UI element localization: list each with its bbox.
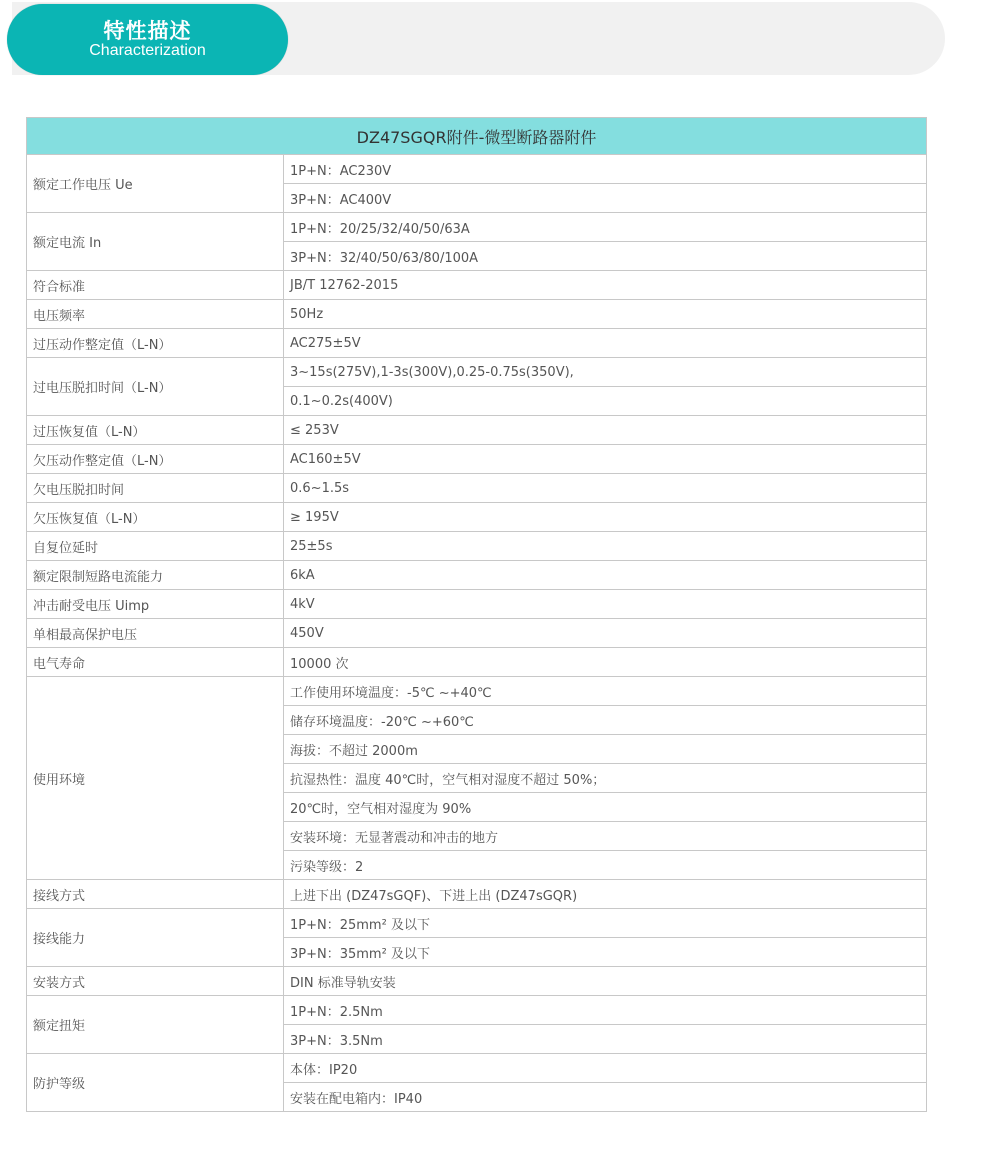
table-row: 欠电压脱扣时间0.6~1.5s [27, 474, 927, 503]
row-label: 接线能力 [27, 909, 284, 967]
table-row: 单相最高保护电压450V [27, 619, 927, 648]
row-value: 污染等级：2 [284, 851, 927, 880]
row-value: 上进下出 (DZ47sGQF)、下进上出 (DZ47sGQR) [284, 880, 927, 909]
row-label: 符合标准 [27, 271, 284, 300]
table-row: 接线能力1P+N：25mm² 及以下 [27, 909, 927, 938]
row-value: 6kA [284, 561, 927, 590]
table-row: 电气寿命10000 次 [27, 648, 927, 677]
row-value: 50Hz [284, 300, 927, 329]
row-value: 10000 次 [284, 648, 927, 677]
table-row: 符合标准JB/T 12762-2015 [27, 271, 927, 300]
row-value: 4kV [284, 590, 927, 619]
row-label: 电气寿命 [27, 648, 284, 677]
row-label: 接线方式 [27, 880, 284, 909]
table-row: 额定工作电压 Ue1P+N：AC230V [27, 155, 927, 184]
row-label: 自复位延时 [27, 532, 284, 561]
row-value: 0.6~1.5s [284, 474, 927, 503]
row-label: 安装方式 [27, 967, 284, 996]
row-value: AC275±5V [284, 329, 927, 358]
table-row: 额定扭矩1P+N：2.5Nm [27, 996, 927, 1025]
row-value: 1P+N：20/25/32/40/50/63A [284, 213, 927, 242]
row-value: 3P+N：35mm² 及以下 [284, 938, 927, 967]
row-value: 安装环境：无显著震动和冲击的地方 [284, 822, 927, 851]
table-row: 电压频率50Hz [27, 300, 927, 329]
row-label: 额定电流 In [27, 213, 284, 271]
row-value: 抗湿热性：温度 40℃时，空气相对湿度不超过 50%； [284, 764, 927, 793]
row-label: 过压恢复值（L-N） [27, 416, 284, 445]
row-label: 防护等级 [27, 1054, 284, 1112]
row-value: 25±5s [284, 532, 927, 561]
section-title-en: Characterization [89, 42, 206, 60]
row-value: DIN 标准导轨安装 [284, 967, 927, 996]
row-label: 欠电压脱扣时间 [27, 474, 284, 503]
table-row: 接线方式上进下出 (DZ47sGQF)、下进上出 (DZ47sGQR) [27, 880, 927, 909]
row-label: 使用环境 [27, 677, 284, 880]
row-label: 冲击耐受电压 Uimp [27, 590, 284, 619]
row-value: 0.1~0.2s(400V) [284, 387, 927, 416]
spec-table-body: 额定工作电压 Ue1P+N：AC230V3P+N：AC400V额定电流 In1P… [27, 155, 927, 1112]
row-value: 3P+N：3.5Nm [284, 1025, 927, 1054]
row-value: 安装在配电箱内：IP40 [284, 1083, 927, 1112]
row-value: 3P+N：32/40/50/63/80/100A [284, 242, 927, 271]
table-row: 过电压脱扣时间（L-N）3~15s(275V),1-3s(300V),0.25-… [27, 358, 927, 387]
row-label: 额定工作电压 Ue [27, 155, 284, 213]
row-value: 1P+N：25mm² 及以下 [284, 909, 927, 938]
row-label: 单相最高保护电压 [27, 619, 284, 648]
spec-table: DZ47SGQR附件-微型断路器附件 额定工作电压 Ue1P+N：AC230V3… [26, 117, 927, 1112]
row-label: 额定限制短路电流能力 [27, 561, 284, 590]
table-row: 额定电流 In1P+N：20/25/32/40/50/63A [27, 213, 927, 242]
table-title-row: DZ47SGQR附件-微型断路器附件 [27, 118, 927, 155]
row-label: 欠压恢复值（L-N） [27, 503, 284, 532]
row-label: 电压频率 [27, 300, 284, 329]
table-row: 安装方式DIN 标准导轨安装 [27, 967, 927, 996]
row-value: 储存环境温度：-20℃ ~+60℃ [284, 706, 927, 735]
row-label: 过电压脱扣时间（L-N） [27, 358, 284, 416]
row-label: 过压动作整定值（L-N） [27, 329, 284, 358]
table-title: DZ47SGQR附件-微型断路器附件 [27, 118, 927, 155]
row-value: JB/T 12762-2015 [284, 271, 927, 300]
row-value: 1P+N：2.5Nm [284, 996, 927, 1025]
table-row: 冲击耐受电压 Uimp4kV [27, 590, 927, 619]
table-row: 欠压恢复值（L-N）≥ 195V [27, 503, 927, 532]
row-value: 450V [284, 619, 927, 648]
table-row: 使用环境工作使用环境温度：-5℃ ~+40℃ [27, 677, 927, 706]
table-row: 过压恢复值（L-N）≤ 253V [27, 416, 927, 445]
row-value: 本体：IP20 [284, 1054, 927, 1083]
row-label: 欠压动作整定值（L-N） [27, 445, 284, 474]
table-row: 额定限制短路电流能力6kA [27, 561, 927, 590]
row-value: 20℃时，空气相对湿度为 90% [284, 793, 927, 822]
section-header-pill: 特性描述 Characterization [7, 4, 288, 75]
table-row: 自复位延时25±5s [27, 532, 927, 561]
row-value: 1P+N：AC230V [284, 155, 927, 184]
row-value: 3~15s(275V),1-3s(300V),0.25-0.75s(350V), [284, 358, 927, 387]
table-row: 过压动作整定值（L-N）AC275±5V [27, 329, 927, 358]
row-value: 工作使用环境温度：-5℃ ~+40℃ [284, 677, 927, 706]
row-label: 额定扭矩 [27, 996, 284, 1054]
table-row: 防护等级本体：IP20 [27, 1054, 927, 1083]
row-value: 海拔：不超过 2000m [284, 735, 927, 764]
row-value: 3P+N：AC400V [284, 184, 927, 213]
row-value: ≤ 253V [284, 416, 927, 445]
row-value: AC160±5V [284, 445, 927, 474]
row-value: ≥ 195V [284, 503, 927, 532]
table-row: 欠压动作整定值（L-N）AC160±5V [27, 445, 927, 474]
section-title-cn: 特性描述 [104, 20, 192, 42]
